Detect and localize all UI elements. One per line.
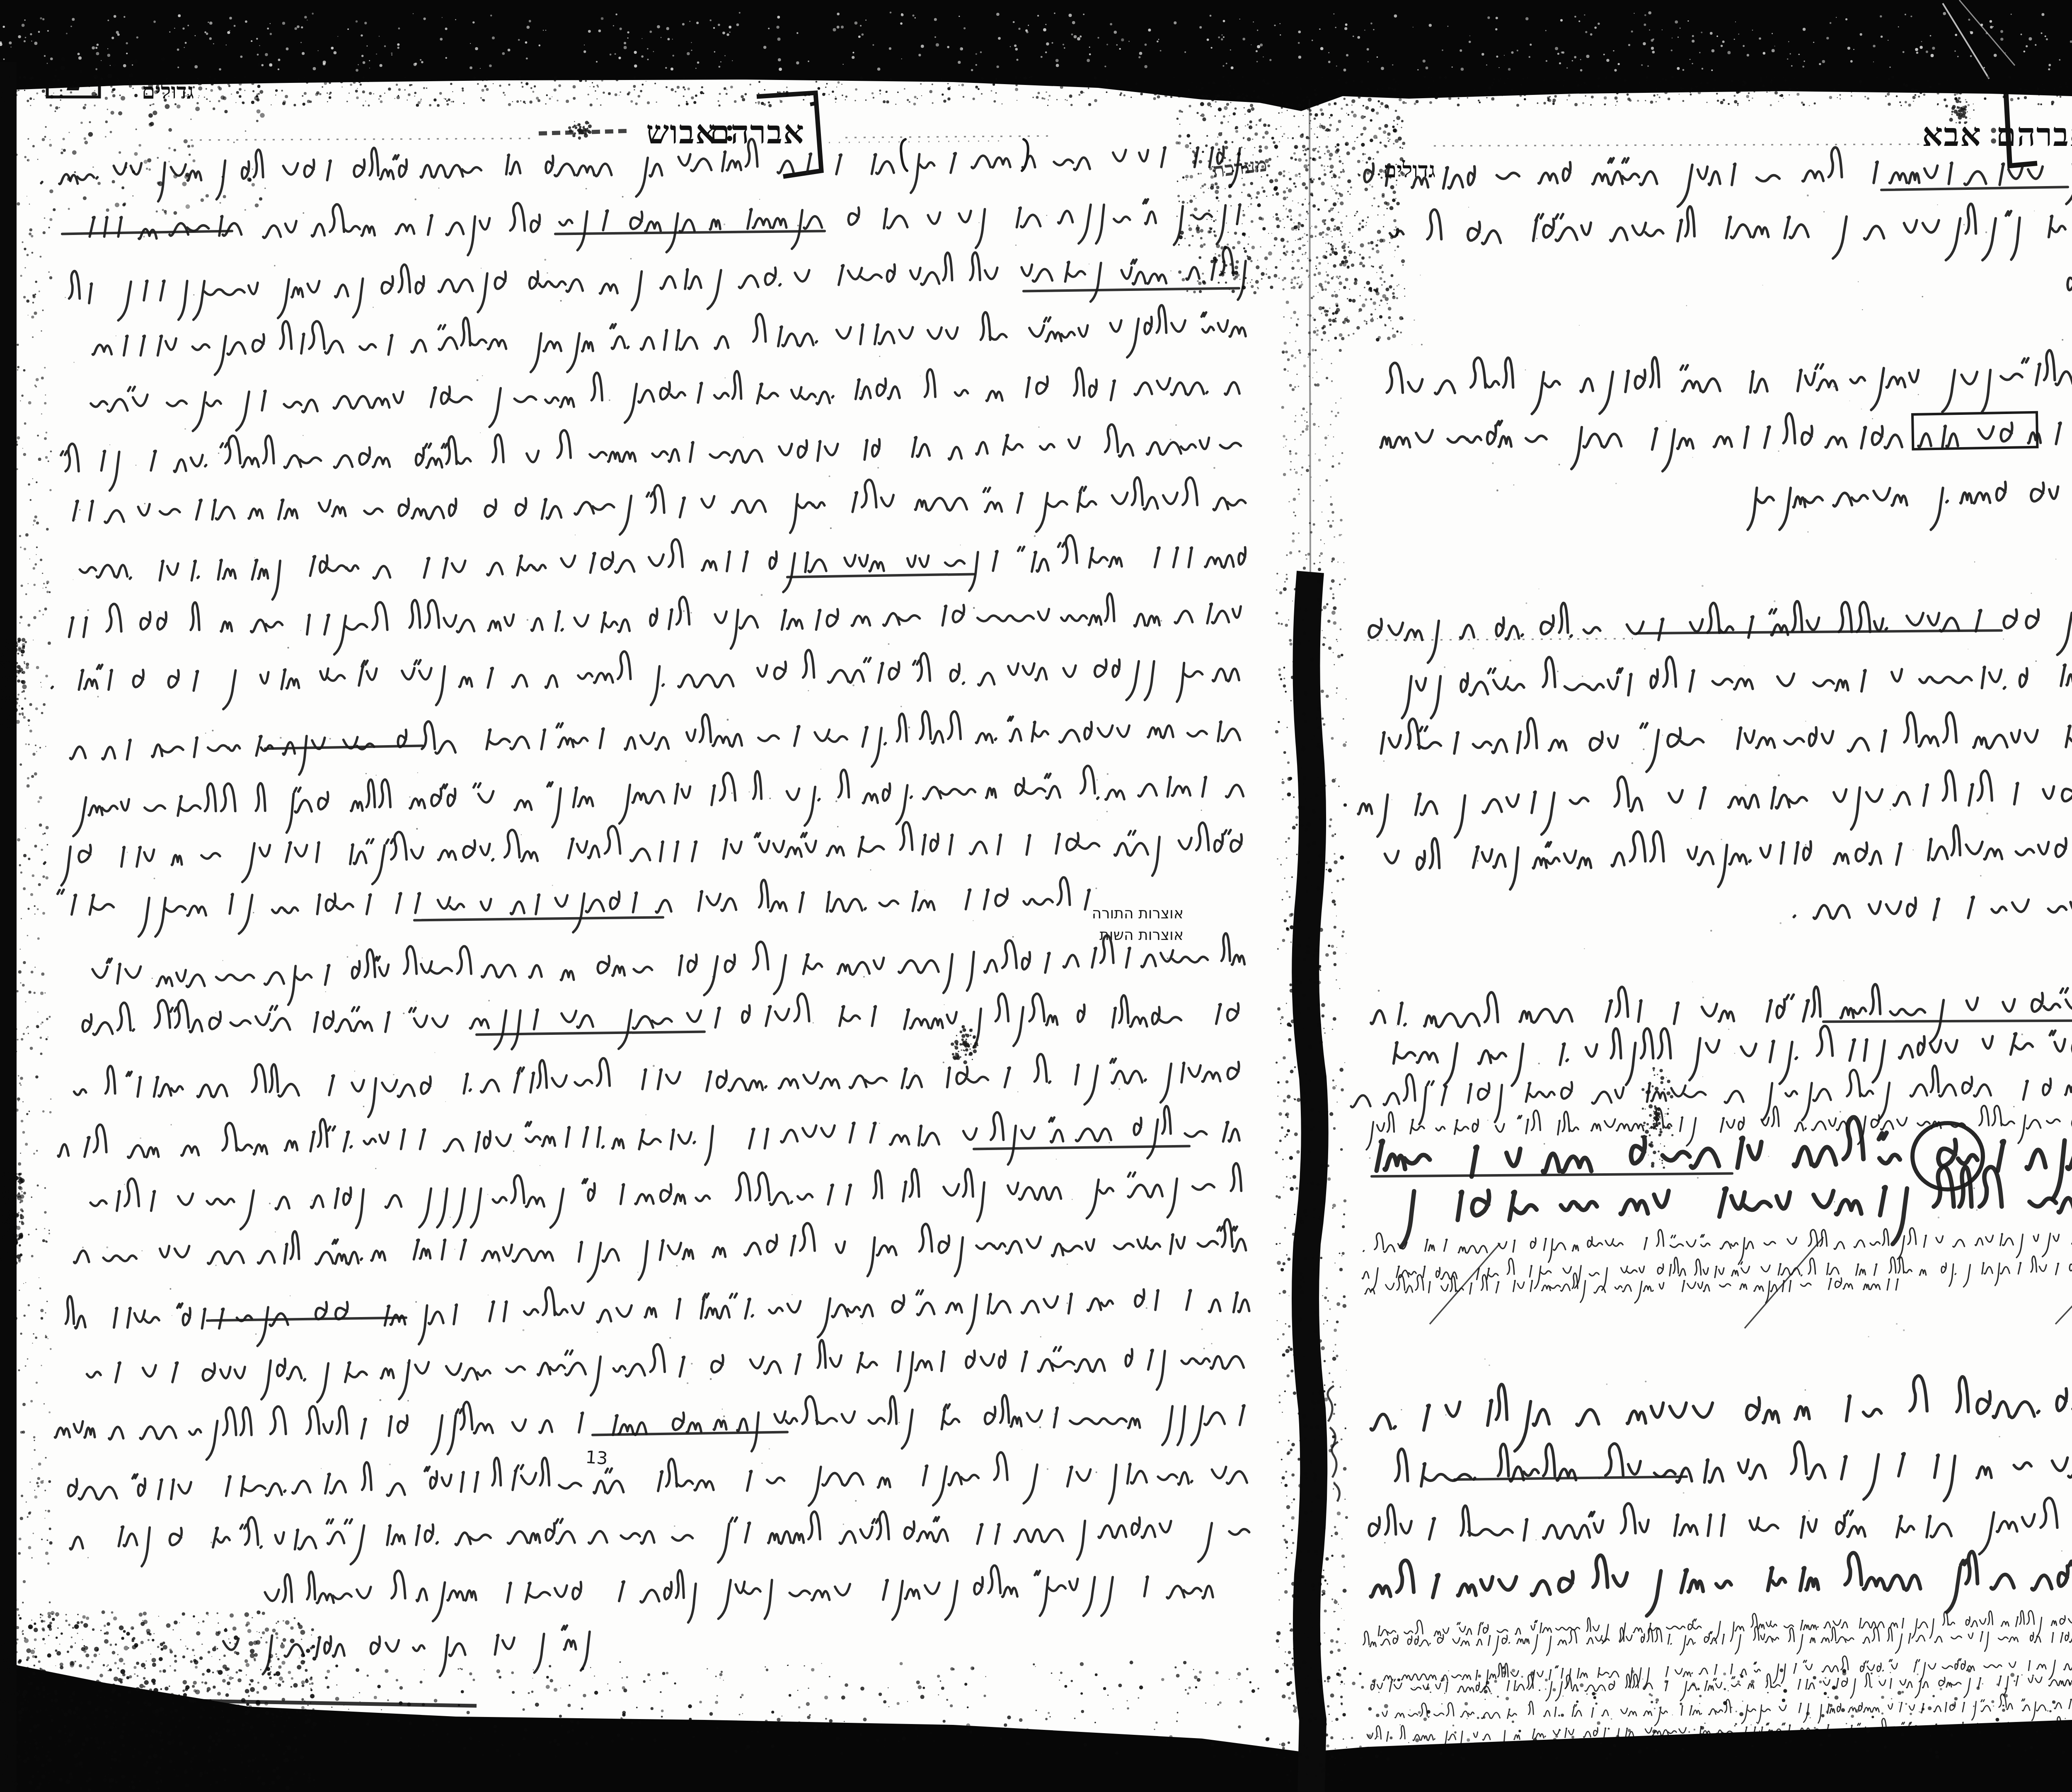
left-edge-bar bbox=[0, 62, 17, 1792]
left-header-separator: : bbox=[724, 112, 736, 148]
right-page-paper bbox=[1280, 79, 2072, 1792]
right-running-head-gedolim: גדולים bbox=[1383, 159, 1435, 182]
left-header-bracket-tick bbox=[810, 103, 818, 104]
right-header-range-word: אבא bbox=[1922, 117, 1982, 153]
binding-crease-top bbox=[1310, 99, 1310, 576]
inline-number-13: 13 bbox=[585, 1447, 608, 1469]
right-header-separator: : bbox=[1988, 114, 2000, 150]
manuscript-scan-root: ב גדולים מערכת אברהם : אבוש אוצרות התורה… bbox=[0, 0, 2072, 1792]
left-header-bracketed-name: אברהם bbox=[709, 114, 805, 150]
manuscript-scan: ב גדולים מערכת אברהם : אבוש אוצרות התורה… bbox=[0, 0, 2072, 1792]
stamp-line-1: אוצרות התורה bbox=[1092, 905, 1184, 922]
left-header-range-word: אבוש bbox=[646, 114, 717, 150]
